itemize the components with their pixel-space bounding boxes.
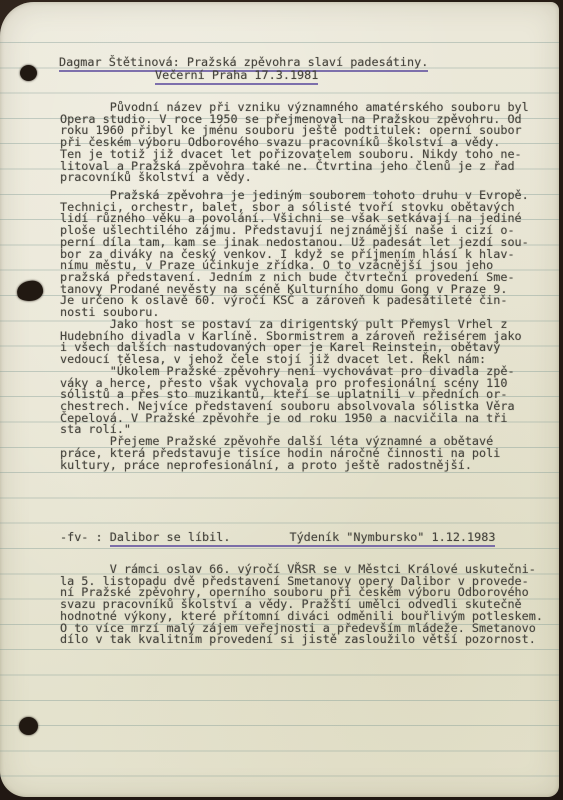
article2-body: V rámci oslav 66. výročí VŘSR se v Městc… [60, 564, 543, 646]
scanned-document-photo: Dagmar Štětinová: Pražská zpěvohra slaví… [0, 0, 563, 800]
article2-headline: -fv- : Dalibor se líbil.Týdeník "Nymburs… [60, 532, 495, 544]
article2-headline-text: Dalibor se líbil. [110, 530, 231, 544]
article2-byline: -fv- : [60, 530, 110, 544]
article1-headline: Dagmar Štětinová: Pražská zpěvohra slaví… [59, 57, 428, 69]
article1-paragraph-1: Původní název při vzniku významného amat… [60, 102, 529, 184]
punch-hole-bottom [19, 717, 38, 735]
article1-source-text: Večerní Praha 17.3.1981 [155, 68, 318, 85]
article1-body: Pražská zpěvohra je jediným souborem toh… [60, 190, 529, 471]
punch-hole-top [20, 65, 37, 81]
article1-source: Večerní Praha 17.3.1981 [155, 70, 318, 82]
headline-source-gap [230, 540, 289, 541]
article2-headline-underlined: Dalibor se líbil.Týdeník "Nymbursko" 1.1… [110, 530, 496, 547]
paper-sheet: Dagmar Štětinová: Pražská zpěvohra slaví… [0, 2, 559, 797]
article2-source-text: Týdeník "Nymbursko" 1.12.1983 [289, 530, 495, 544]
